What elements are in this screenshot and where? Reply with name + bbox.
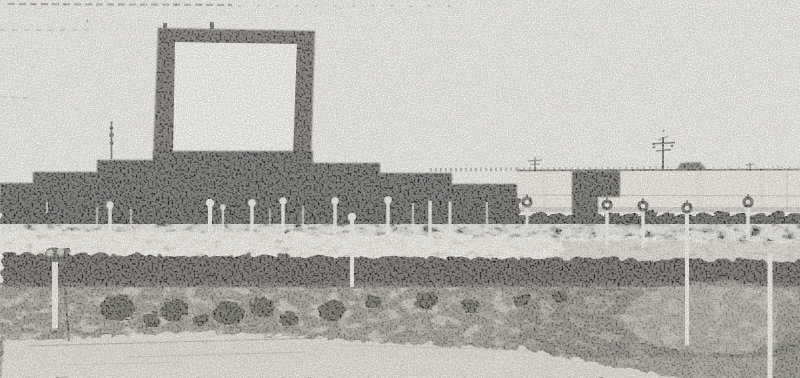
halftone-grain (0, 0, 800, 378)
photo-canvas (0, 0, 800, 378)
drive-in-theater-photograph (0, 0, 800, 378)
